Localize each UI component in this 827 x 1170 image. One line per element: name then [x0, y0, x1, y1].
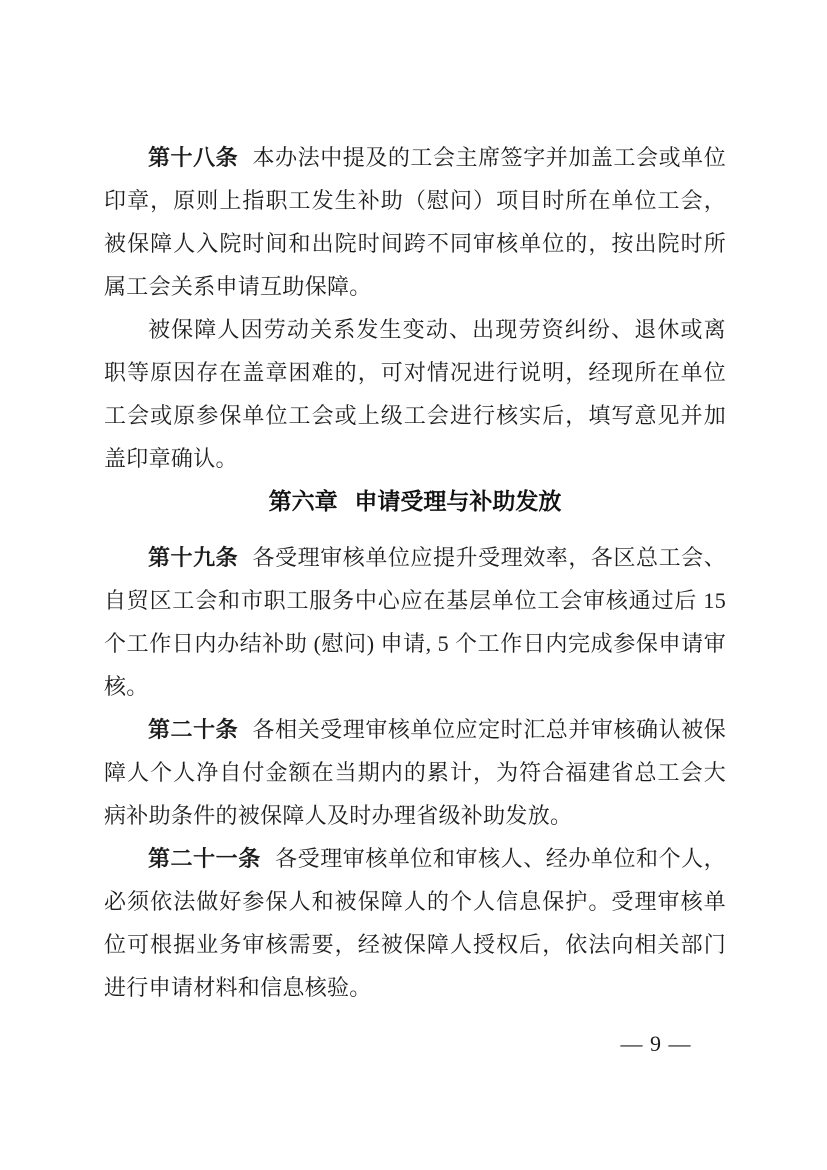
article-20-paragraph: 第二十条各相关受理审核单位应定时汇总并审核确认被保障人个人净自付金额在当期内的累…: [104, 708, 726, 837]
chapter-6-heading: 第六章 申请受理与补助发放: [104, 480, 726, 523]
stamp-difficulty-paragraph: 被保障人因劳动关系发生变动、出现劳资纠纷、退休或离职等原因存在盖章困难的，可对情…: [104, 308, 726, 480]
stamp-difficulty-text: 被保障人因劳动关系发生变动、出现劳资纠纷、退休或离职等原因存在盖章困难的，可对情…: [104, 317, 726, 471]
page-content: 第十八条本办法中提及的工会主席签字并加盖工会或单位印章，原则上指职工发生补助（慰…: [104, 136, 726, 1009]
article-19-paragraph: 第十九条各受理审核单位应提升受理效率，各区总工会、自贸区工会和市职工服务中心应在…: [104, 536, 726, 708]
article-19-label: 第十九条: [148, 545, 238, 570]
article-21-label: 第二十一条: [148, 846, 261, 871]
article-18-paragraph: 第十八条本办法中提及的工会主席签字并加盖工会或单位印章，原则上指职工发生补助（慰…: [104, 136, 726, 308]
page-number: — 9 —: [610, 1031, 702, 1057]
article-20-label: 第二十条: [148, 717, 238, 742]
article-21-paragraph: 第二十一条各受理审核单位和审核人、经办单位和个人，必须依法做好参保人和被保障人的…: [104, 837, 726, 1009]
article-18-label: 第十八条: [148, 145, 238, 170]
document-page: 第十八条本办法中提及的工会主席签字并加盖工会或单位印章，原则上指职工发生补助（慰…: [0, 0, 827, 1170]
